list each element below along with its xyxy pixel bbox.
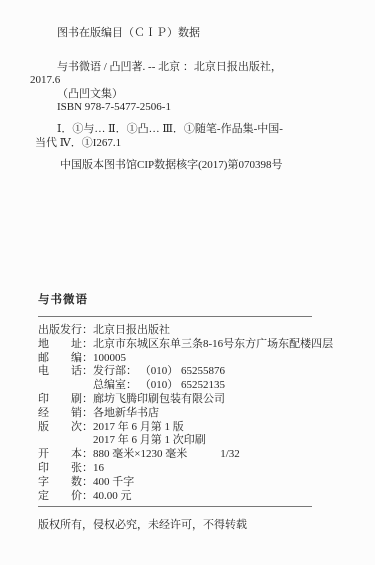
cip-title-line-wrap: 2017.6 — [30, 74, 355, 88]
pub-row-value: 2017 年 6 月第 1 版 — [93, 421, 184, 433]
pub-row-printer: 印 刷：廊坊飞腾印刷包装有限公司 — [38, 393, 312, 407]
book-title: 与书微语 — [38, 293, 312, 307]
pub-row-value: 北京市东城区东单三条8-16号东方广场东配楼四层 — [93, 338, 333, 350]
pub-row-value: 40.00 元 — [93, 490, 132, 502]
pub-row-address: 地 址：北京市东城区东单三条8-16号东方广场东配楼四层 — [38, 338, 312, 352]
cip-classification-line1: Ⅰ．①与… Ⅱ．①凸… Ⅲ．①随笔-作品集-中国- — [57, 123, 355, 137]
pub-row-format: 开 本：880 毫米×1230 毫米 1/32 — [38, 448, 312, 462]
pub-row-label: 地 址： — [38, 338, 93, 352]
pub-row-phone-2: 总编室： （010） 65252135 — [38, 379, 312, 393]
pub-row-value: 880 毫米×1230 毫米 1/32 — [93, 448, 240, 460]
cip-classification-line2: 当代 Ⅳ．①I267.1 — [35, 137, 355, 151]
book-copyright-page: 图书在版编目（ＣＩＰ）数据 与书微语 / 凸凹著. -- 北京 ：北京日报出版社… — [0, 0, 375, 565]
pub-row-label: 电 话： — [38, 365, 93, 379]
pub-row-sheets: 印 张：16 — [38, 462, 312, 476]
pub-row-phone: 电 话：发行部： （010） 65255876 — [38, 365, 312, 379]
cip-isbn-line: ISBN 978-7-5477-2506-1 — [57, 101, 355, 115]
pub-row-price: 定 价：40.00 元 — [38, 490, 312, 504]
pub-row-label: 定 价： — [38, 490, 93, 504]
cip-series-line: （凸凹文集） — [57, 88, 355, 102]
pub-row-wordcount: 字 数：400 千字 — [38, 476, 312, 490]
pub-row-edition-2: 2017 年 6 月第 1 次印刷 — [38, 434, 312, 448]
divider-top — [38, 316, 312, 317]
pub-row-label: 印 刷： — [38, 393, 93, 407]
pub-row-label: 字 数： — [38, 476, 93, 490]
pub-row-edition: 版 次：2017 年 6 月第 1 版 — [38, 421, 312, 435]
cip-record-number: 中国版本图书馆CIP数据核字(2017)第070398号 — [60, 159, 355, 173]
pub-row-value: 各地新华书店 — [93, 407, 159, 419]
pub-row-publisher: 出版发行：北京日报出版社 — [38, 324, 312, 338]
pub-row-postcode: 邮 编：100005 — [38, 352, 312, 366]
pub-row-label: 经 销： — [38, 407, 93, 421]
pub-row-value: 400 千字 — [93, 476, 134, 488]
cip-heading: 图书在版编目（ＣＩＰ）数据 — [57, 27, 355, 41]
cip-block: 图书在版编目（ＣＩＰ）数据 与书微语 / 凸凹著. -- 北京 ：北京日报出版社… — [30, 27, 355, 173]
pub-row-distributor: 经 销：各地新华书店 — [38, 407, 312, 421]
pub-row-value: 16 — [93, 462, 104, 474]
pub-row-value: 廊坊飞腾印刷包装有限公司 — [93, 393, 225, 405]
copyright-notice: 版权所有，侵权必究，未经许可，不得转载 — [38, 518, 312, 532]
colophon-block: 与书微语 出版发行：北京日报出版社 地 址：北京市东城区东单三条8-16号东方广… — [38, 293, 312, 532]
pub-row-label: 邮 编： — [38, 352, 93, 366]
pub-row-value: 100005 — [93, 352, 126, 364]
cip-title-line: 与书微语 / 凸凹著. -- 北京 ：北京日报出版社， — [57, 61, 355, 75]
pub-row-value: 总编室： （010） 65252135 — [93, 379, 225, 391]
pub-row-label: 版 次： — [38, 421, 93, 435]
pub-row-label: 出版发行： — [38, 324, 93, 338]
publication-info-list: 出版发行：北京日报出版社 地 址：北京市东城区东单三条8-16号东方广场东配楼四… — [38, 324, 312, 503]
pub-row-label: 开 本： — [38, 448, 93, 462]
divider-bottom — [38, 506, 312, 507]
pub-row-value: 2017 年 6 月第 1 次印刷 — [93, 434, 206, 446]
pub-row-value: 发行部： （010） 65255876 — [93, 365, 225, 377]
pub-row-value: 北京日报出版社 — [93, 324, 170, 336]
pub-row-label: 印 张： — [38, 462, 93, 476]
